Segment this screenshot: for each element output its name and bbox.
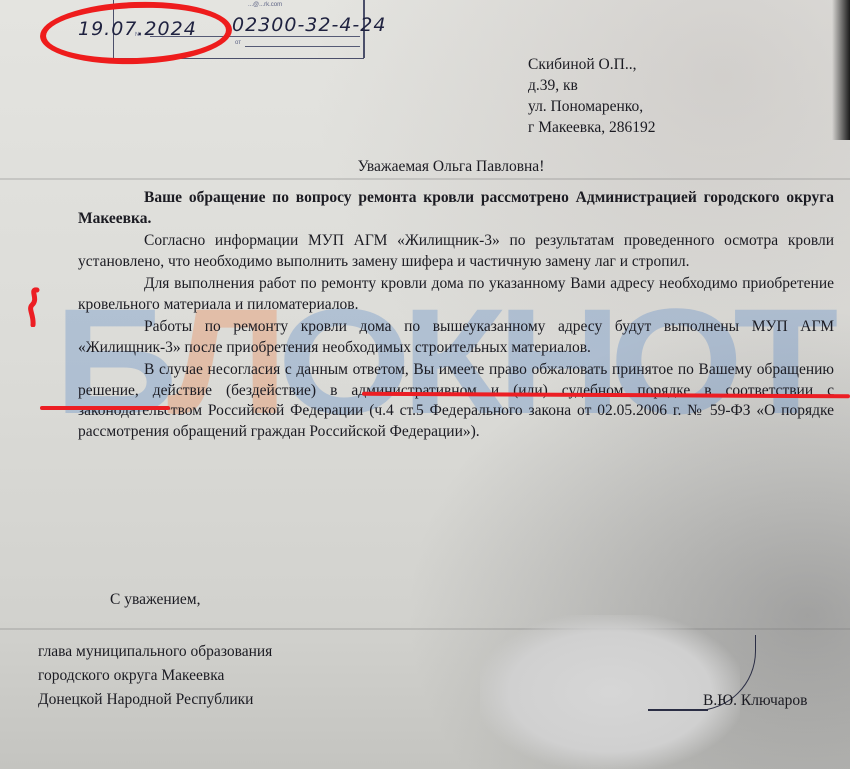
recipient-address: Скибиной О.П.., д.39, кв ул. Пономаренко… <box>528 54 656 138</box>
greeting: Уважаемая Ольга Павловна! <box>0 158 850 176</box>
document-photo: ...@...rk.com № от 19.07.2024 02300-32-4… <box>0 0 850 769</box>
address-line: г Макеевка, 286192 <box>528 117 656 138</box>
greeting-text: Уважаемая Ольга Павловна! <box>358 158 545 175</box>
address-line: Скибиной О.П.., <box>528 54 656 75</box>
paragraph: Согласно информации МУП АГМ «Жилищник-3»… <box>78 231 834 272</box>
signoff-line: городского округа Макеевка <box>38 664 272 688</box>
paragraph: Ваше обращение по вопросу ремонта кровли… <box>78 188 834 229</box>
red-underline-annotation <box>40 406 170 410</box>
handwritten-reference: 02300-32-4-24 <box>232 14 386 36</box>
red-squiggle-annotation <box>27 287 41 327</box>
paragraph: Для выполнения работ по ремонту кровли д… <box>78 274 834 315</box>
photo-edge-shadow <box>832 0 850 140</box>
stamp-label-from: от <box>235 40 241 46</box>
stamp-email: ...@...rk.com <box>248 2 282 8</box>
signoff-title: глава муниципального образования городск… <box>38 640 272 712</box>
signoff-line: глава муниципального образования <box>38 640 272 664</box>
letter-body: Ваше обращение по вопросу ремонта кровли… <box>78 188 834 442</box>
address-line: ул. Пономаренко, <box>528 96 656 117</box>
signoff-line: Донецкой Народной Республики <box>38 688 272 712</box>
signature-stroke <box>648 709 708 711</box>
address-line: д.39, кв <box>528 75 656 96</box>
paragraph: В случае несогласия с данным ответом, Вы… <box>78 360 834 442</box>
closing: С уважением, <box>110 591 201 609</box>
paragraph: Работы по ремонту кровли дома по вышеука… <box>78 317 834 358</box>
signer-name: В.Ю. Ключаров <box>703 692 807 710</box>
fold-line <box>0 178 850 180</box>
stamp-line <box>245 46 360 47</box>
